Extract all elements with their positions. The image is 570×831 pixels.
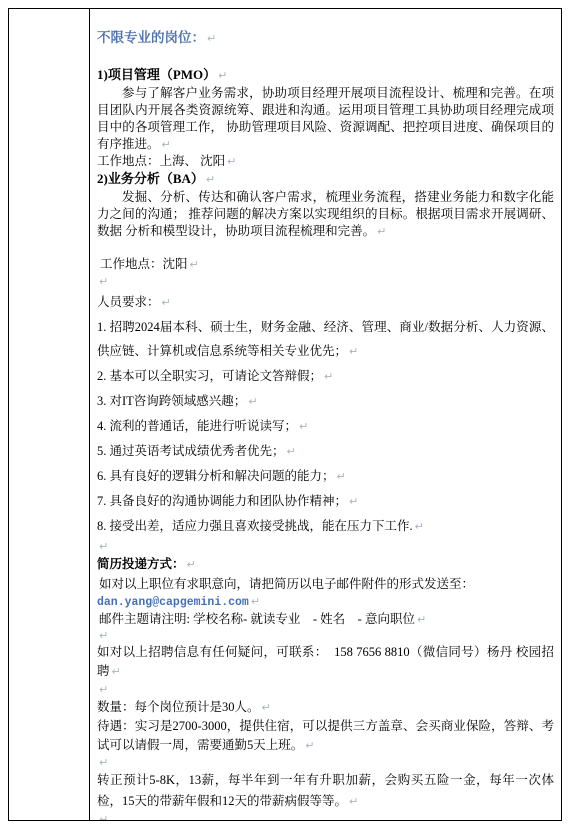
main-content-cell: 不限专业的岗位：↵ 1)项目管理（PMO）↵ 参与了解客户业务需求，协助项目经理… xyxy=(90,9,561,820)
pilcrow-mark: ↵ xyxy=(97,755,108,770)
requirement-item-5: 5. 通过英语考试成绩优秀者优先；↵ xyxy=(97,439,554,464)
text-run: 如对以上招聘信息有任何疑问，可联系： 158 7656 8810（微信同号）杨丹… xyxy=(97,645,554,678)
text-run: 简历投递方式： xyxy=(97,557,185,571)
requirements-heading: 人员要求：↵ xyxy=(97,290,554,315)
requirement-item-4: 4. 流利的普通话，能进行听说读写；↵ xyxy=(97,414,554,439)
text-run: 发掘、分析、传达和确认客户需求，梳理业务流程，搭建业务能力和数字化能力之间的沟通… xyxy=(97,190,554,238)
text-run: 2. 基本可以全职实习，可请论文答辩假； xyxy=(97,369,322,383)
text-run: 数量：每个岗位预计是30人。 xyxy=(97,700,260,714)
job2-location: 工作地点：沈阳↵ xyxy=(97,256,554,273)
pilcrow-mark: ↵ xyxy=(285,440,296,464)
job1-location: 工作地点：上海、 沈阳↵ xyxy=(97,153,554,170)
text-run: 不限专业的岗位： xyxy=(97,30,205,45)
headcount-line: 数量：每个岗位预计是30人。↵ xyxy=(97,698,554,717)
job1-heading: 1)项目管理（PMO）↵ xyxy=(97,66,554,85)
text-run: 5. 通过英语考试成绩优秀者优先； xyxy=(97,444,285,458)
empty-line: ↵ xyxy=(97,628,554,643)
requirement-item-3: 3. 对IT咨询跨领域感兴趣；↵ xyxy=(97,389,554,414)
empty-line: ↵ xyxy=(97,812,554,820)
job2-heading: 2)业务分析（BA）↵ xyxy=(97,170,554,189)
job1-description: 参与了解客户业务需求，协助项目经理开展项目流程设计、梳理和完善。在项目团队内开展… xyxy=(97,85,554,153)
pilcrow-mark: ↵ xyxy=(160,291,171,315)
pilcrow-mark: ↵ xyxy=(413,515,424,539)
pilcrow-mark: ↵ xyxy=(97,539,108,554)
pilcrow-mark: ↵ xyxy=(97,812,108,820)
requirement-item-8: 8. 接受出差，适应力强且喜欢接受挑战，能在压力下工作.↵ xyxy=(97,514,554,539)
text-run: 4. 流利的普通话，能进行听说读写； xyxy=(97,419,297,433)
pilcrow-mark: ↵ xyxy=(110,662,121,681)
empty-line: ↵ xyxy=(97,273,554,290)
section-title: 不限专业的岗位：↵ xyxy=(97,29,554,48)
pilcrow-mark: ↵ xyxy=(204,171,215,189)
empty-line: ↵ xyxy=(97,681,554,698)
text-run: 待遇：实习是2700-3000，提供住宿，可以提供三方盖章、会买商业保险，答辩、… xyxy=(97,719,554,752)
text-run: 工作地点：上海、 沈阳 xyxy=(97,154,225,168)
pilcrow-mark: ↵ xyxy=(415,611,426,628)
job2-description: 发掘、分析、传达和确认客户需求，梳理业务流程，搭建业务能力和数字化能力之间的沟通… xyxy=(97,189,554,240)
pilcrow-mark: ↵ xyxy=(97,628,108,643)
apply-intro: 如对以上职位有求职意向，请把简历以电子邮件附件的形式发送至： xyxy=(97,575,554,593)
email-subject-note: 邮件主题请注明: 学校名称- 就读专业 - 姓名 - 意向职位↵ xyxy=(97,611,554,628)
pilcrow-mark: ↵ xyxy=(160,136,171,153)
text-run: 3. 对IT咨询跨领域感兴趣； xyxy=(97,394,246,408)
intern-benefits: 待遇：实习是2700-3000，提供住宿，可以提供三方盖章、会买商业保险，答辩、… xyxy=(97,717,554,755)
pilcrow-mark: ↵ xyxy=(188,256,199,273)
pilcrow-mark: ↵ xyxy=(225,153,236,170)
pilcrow-mark: ↵ xyxy=(347,490,358,514)
apply-heading: 简历投递方式：↵ xyxy=(97,554,554,575)
pilcrow-mark: ↵ xyxy=(97,273,108,290)
text-run: 人员要求： xyxy=(97,295,160,309)
fulltime-benefits: 转正预计5-8K，13薪，每半年到一年有升职加薪，会购买五险一金，每年一次体检，… xyxy=(97,770,554,812)
text-run: 7. 具备良好的沟通协调能力和团队协作精神； xyxy=(97,494,347,508)
left-margin-cell xyxy=(9,9,90,820)
email-link[interactable]: dan.yang@capgemini.com xyxy=(97,596,249,609)
text-run: 如对以上职位有求职意向，请把简历以电子邮件附件的形式发送至： xyxy=(99,577,474,591)
pilcrow-mark: ↵ xyxy=(205,30,216,48)
text-run: 6. 具有良好的逻辑分析和解决问题的能力； xyxy=(97,469,335,483)
empty-line: ↵ xyxy=(97,539,554,554)
pilcrow-mark: ↵ xyxy=(246,390,257,414)
pilcrow-mark: ↵ xyxy=(322,365,333,389)
requirement-item-1: 1. 招聘2024届本科、硕士生，财务金融、经济、管理、商业/数据分析、人力资源… xyxy=(97,315,554,364)
pilcrow-mark: ↵ xyxy=(303,736,314,755)
text-run: 转正预计5-8K，13薪，每半年到一年有升职加薪，会购买五险一金，每年一次体检，… xyxy=(97,773,554,808)
text-run: 2)业务分析（BA） xyxy=(97,171,204,186)
content-table: 不限专业的岗位：↵ 1)项目管理（PMO）↵ 参与了解客户业务需求，协助项目经理… xyxy=(8,8,562,821)
apply-email-line: dan.yang@capgemini.com↵ xyxy=(97,593,554,611)
contact-info: 如对以上招聘信息有任何疑问，可联系： 158 7656 8810（微信同号）杨丹… xyxy=(97,643,554,681)
pilcrow-mark: ↵ xyxy=(347,340,358,364)
empty-line: ↵ xyxy=(97,755,554,770)
text-run: 工作地点：沈阳 xyxy=(100,257,188,271)
pilcrow-mark: ↵ xyxy=(185,554,196,575)
pilcrow-mark: ↵ xyxy=(260,698,271,717)
text-run: 8. 接受出差，适应力强且喜欢接受挑战，能在压力下工作. xyxy=(97,519,413,533)
pilcrow-mark: ↵ xyxy=(97,681,108,698)
requirement-item-2: 2. 基本可以全职实习，可请论文答辩假；↵ xyxy=(97,364,554,389)
pilcrow-mark: ↵ xyxy=(335,465,346,489)
pilcrow-mark: ↵ xyxy=(216,67,227,85)
text-run: 1)项目管理（PMO） xyxy=(97,67,216,82)
pilcrow-mark: ↵ xyxy=(297,415,308,439)
pilcrow-mark: ↵ xyxy=(347,791,358,812)
text-run: 1. 招聘2024届本科、硕士生，财务金融、经济、管理、商业/数据分析、人力资源… xyxy=(97,320,554,358)
text-run: 邮件主题请注明: 学校名称- 就读专业 - 姓名 - 意向职位 xyxy=(99,612,415,626)
pilcrow-mark: ↵ xyxy=(249,593,260,610)
requirement-item-7: 7. 具备良好的沟通协调能力和团队协作精神；↵ xyxy=(97,489,554,514)
pilcrow-mark: ↵ xyxy=(375,223,386,240)
requirement-item-6: 6. 具有良好的逻辑分析和解决问题的能力；↵ xyxy=(97,464,554,489)
